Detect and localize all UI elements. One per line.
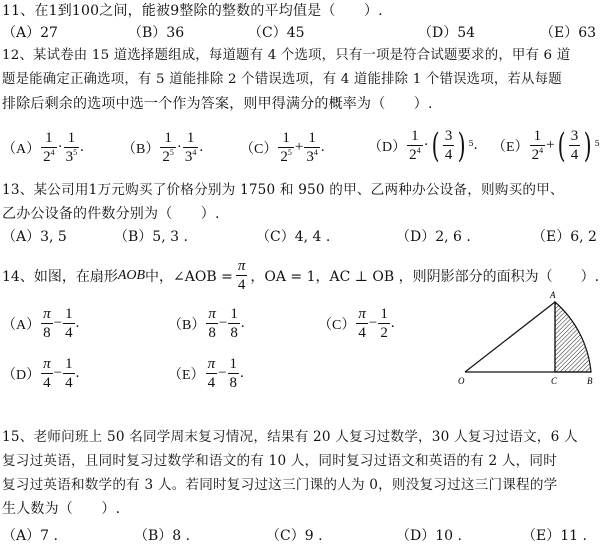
fraction: 125 — [278, 130, 294, 165]
q13-option-e[interactable]: （E）6, 2 . — [532, 228, 600, 246]
point-label-a: A — [549, 290, 556, 300]
right-paren: ) — [584, 129, 592, 163]
q15-stem-line-1: 15、老师问班上 50 名同学周末复习情况，结果有 20 人复习过数学，30 人… — [2, 428, 578, 446]
point-label-b: B — [587, 376, 593, 386]
q12-option-e[interactable]: （E） 124 + ( 34 ) 5 . — [492, 128, 600, 163]
q15-option-e[interactable]: （E）11 . — [522, 527, 587, 545]
fraction: 134 — [304, 130, 320, 165]
q15-option-a[interactable]: （A）7 . — [2, 527, 58, 545]
q11-option-a[interactable]: （A）27 — [2, 24, 58, 42]
fraction: 124 — [41, 130, 57, 165]
q13-option-d[interactable]: （D）2, 6 . — [396, 228, 471, 246]
segment-oa — [465, 302, 555, 372]
q13-option-a[interactable]: （A）3, 5 — [2, 228, 67, 246]
fraction: 14 — [63, 306, 75, 341]
fraction: π4 — [356, 306, 368, 341]
angle-fraction: π4 — [236, 258, 248, 293]
left-paren: ( — [431, 129, 439, 163]
q11-option-e[interactable]: （E）63 — [540, 24, 596, 42]
left-paren: ( — [557, 129, 565, 163]
point-label-c: C — [551, 376, 558, 386]
q12-stem-line-1: 12、某试卷由 15 道选择题组成，每道题有 4 个选项，只有一项是符合试题要求… — [2, 47, 570, 65]
q13-option-c[interactable]: （C）4, 4 . — [256, 228, 330, 246]
point-label-o: O — [458, 376, 465, 386]
q14-option-c[interactable]: （C） π4 − 12 . — [318, 306, 395, 341]
q15-option-b[interactable]: （B）8 . — [134, 527, 190, 545]
q14-stem: 14、如图，在扇形 AOB 中，∠AOB = π4 ，OA = 1，AC ⊥ O… — [2, 258, 599, 293]
q12-option-d[interactable]: （D） 124 · ( 34 ) 5 . — [368, 128, 478, 163]
q11-stem: 11、在1到100之间，能被9整除的整数的平均值是（ ）. — [2, 2, 383, 20]
fraction: 14 — [63, 356, 75, 391]
q14-option-e[interactable]: （E） π4 − 18 . — [168, 356, 244, 391]
q12-stem-line-2: 题是能确定正确选项，有 5 道能排除 2 个错误选项，有 4 道能排除 1 个错… — [2, 71, 562, 89]
right-paren: ) — [458, 129, 466, 163]
q12-stem-line-3: 排除后剩余的选项中选一个作为答案，则甲得满分的概率为（ ）. — [2, 95, 433, 113]
fraction: 18 — [228, 306, 240, 341]
fraction: 134 — [183, 130, 199, 165]
fraction: π4 — [41, 356, 53, 391]
q12-option-b[interactable]: （B） 125 · 134 . — [122, 130, 203, 165]
q12-option-a[interactable]: （A） 124 · 135 . — [2, 130, 84, 165]
fraction: π8 — [206, 306, 218, 341]
q13-option-b[interactable]: （B）5, 3 . — [114, 228, 188, 246]
fraction: 125 — [160, 130, 176, 165]
q14-option-a[interactable]: （A） π8 − 14 . — [2, 306, 79, 341]
fraction: 12 — [378, 306, 390, 341]
q14-option-d[interactable]: （D） π4 − 14 . — [2, 356, 79, 391]
fraction: π8 — [41, 306, 53, 341]
fraction: 34 — [443, 128, 455, 163]
fraction: 135 — [64, 130, 80, 165]
q13-stem-line-2: 乙办公设备的件数分别为（ ）. — [2, 205, 220, 223]
q11-option-c[interactable]: （C）45 — [248, 24, 305, 42]
fraction: 124 — [530, 128, 546, 163]
q15-stem-line-4: 生人数为（ ）. — [2, 500, 120, 518]
fraction: 124 — [407, 128, 423, 163]
fraction: 34 — [569, 128, 581, 163]
fraction: 18 — [228, 356, 240, 391]
q13-stem-line-1: 13、某公司用1万元购买了价格分别为 1750 和 950 的甲、乙两种办公设备… — [2, 181, 564, 199]
shaded-region — [555, 302, 591, 372]
fraction: π4 — [206, 356, 218, 391]
q12-option-c[interactable]: （C） 125 + 134 . — [240, 130, 325, 165]
q15-stem-line-2: 复习过英语，且同时复习过数学和语文的有 10 人，同时复习过语文和英语的有 2 … — [2, 452, 557, 470]
q15-option-c[interactable]: （C）9 . — [266, 527, 323, 545]
sector-figure: A O C B — [455, 290, 600, 390]
q11-option-d[interactable]: （D）54 — [418, 24, 475, 42]
q14-option-b[interactable]: （B） π8 − 18 . — [168, 306, 245, 341]
q15-option-d[interactable]: （D）10 . — [396, 527, 462, 545]
q11-option-b[interactable]: （B）36 — [128, 24, 184, 42]
q15-stem-line-3: 复习过英语和数学的有 3 人。若同时复习过这三门课的人为 0，则没复习过这三门课… — [2, 476, 557, 494]
